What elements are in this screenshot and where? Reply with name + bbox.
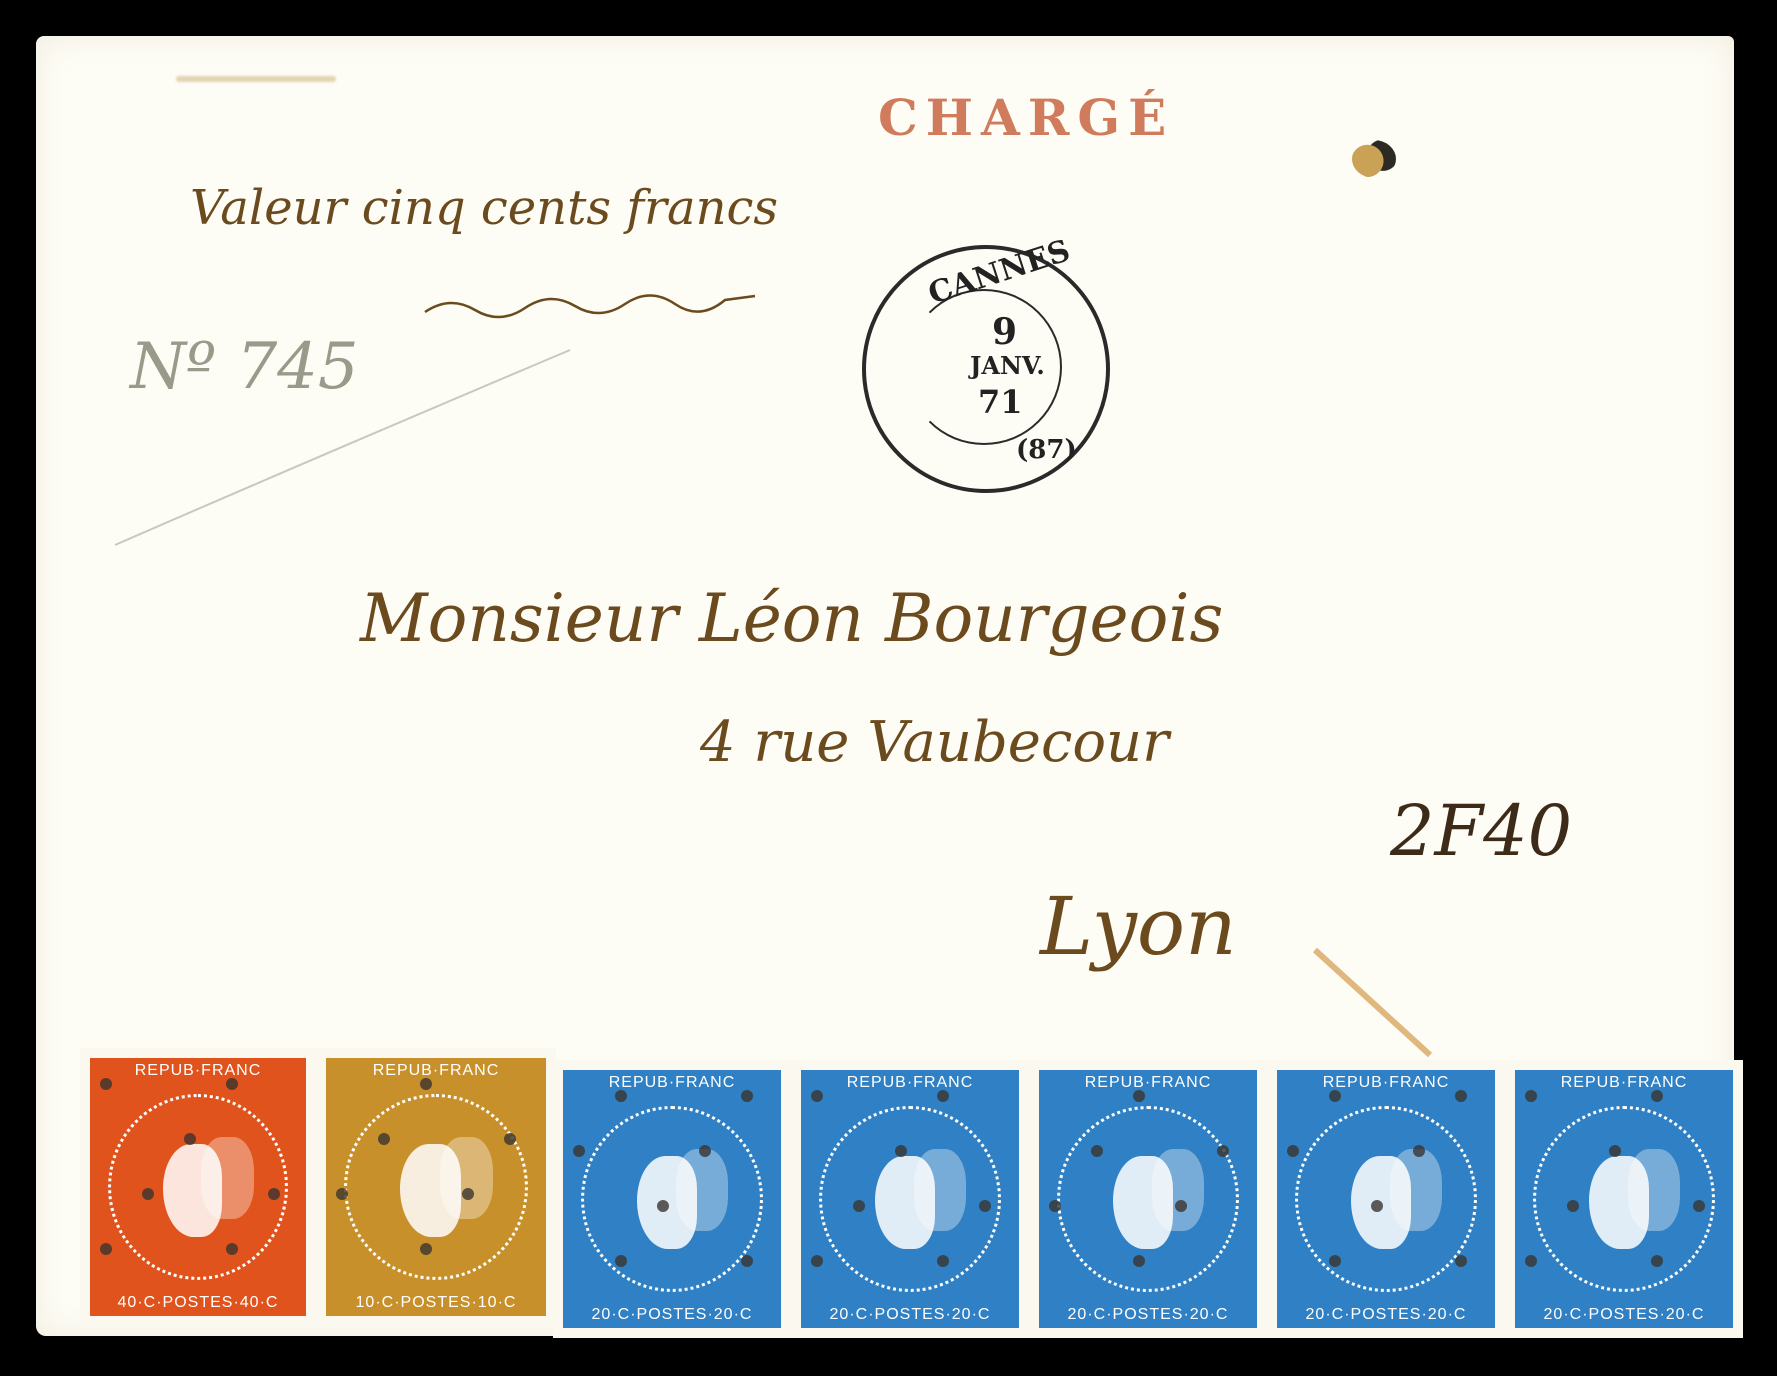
stamp-top-inscription: REPUB·FRANC [348, 1058, 524, 1084]
cancel-dot [1455, 1090, 1467, 1102]
stamp-top-inscription: REPUB·FRANC [585, 1070, 759, 1096]
stamp-design: REPUB·FRANC20·C·POSTES·20·C [563, 1070, 781, 1328]
cancel-dot [336, 1188, 348, 1200]
edge-stain [176, 76, 336, 82]
postmark-year: 71 [978, 383, 1023, 421]
stamp-top-inscription: REPUB·FRANC [1537, 1070, 1711, 1096]
cancel-dot [615, 1255, 627, 1267]
cancel-dot [1175, 1200, 1187, 1212]
pencil-stroke [110, 340, 580, 550]
cancel-dot [462, 1188, 474, 1200]
stamp-20c: REPUB·FRANC20·C·POSTES·20·C [1505, 1060, 1743, 1338]
cancel-dot [1609, 1145, 1621, 1157]
ceres-medallion [108, 1094, 288, 1280]
cancel-dot [937, 1255, 949, 1267]
cancel-dot [1133, 1090, 1145, 1102]
ceres-medallion [1057, 1106, 1239, 1292]
cancel-dot [1651, 1255, 1663, 1267]
stamp-top-inscription: REPUB·FRANC [112, 1058, 284, 1084]
ceres-face [875, 1156, 935, 1250]
cancel-dot [1217, 1145, 1229, 1157]
address-line-2: 4 rue Vaubecour [700, 710, 1169, 775]
cancel-dot [100, 1078, 112, 1090]
stamp-20c: REPUB·FRANC20·C·POSTES·20·C [553, 1060, 791, 1338]
ceres-face [400, 1144, 461, 1238]
underline-flourish [420, 290, 760, 320]
cancel-dot [1413, 1145, 1425, 1157]
cancel-dot [1455, 1255, 1467, 1267]
stamp-bottom-inscription: 20·C·POSTES·20·C [1299, 1302, 1473, 1328]
ceres-medallion [819, 1106, 1001, 1292]
ceres-medallion [344, 1094, 528, 1280]
stamp-40c: REPUB·FRANC40·C·POSTES·40·C [80, 1048, 316, 1326]
cancel-dot [226, 1078, 238, 1090]
stamp-bottom-inscription: 40·C·POSTES·40·C [112, 1290, 284, 1316]
cancel-dot [378, 1133, 390, 1145]
stamp-bottom-inscription: 20·C·POSTES·20·C [1061, 1302, 1235, 1328]
cancel-dot [226, 1243, 238, 1255]
stamp-bottom-inscription: 20·C·POSTES·20·C [1537, 1302, 1711, 1328]
ceres-medallion [1533, 1106, 1715, 1292]
cancel-dot [657, 1200, 669, 1212]
stamp-design: REPUB·FRANC40·C·POSTES·40·C [90, 1058, 306, 1316]
cancel-dot [741, 1255, 753, 1267]
cancel-dot [1651, 1090, 1663, 1102]
cancel-dot [811, 1090, 823, 1102]
cancel-dot [615, 1090, 627, 1102]
stamp-10c: REPUB·FRANC10·C·POSTES·10·C [316, 1048, 556, 1326]
cancel-dot [811, 1255, 823, 1267]
stamp-bottom-inscription: 20·C·POSTES·20·C [823, 1302, 997, 1328]
cancel-dot [895, 1145, 907, 1157]
cancel-dot [100, 1243, 112, 1255]
cancel-dot [504, 1133, 516, 1145]
stamp-design: REPUB·FRANC20·C·POSTES·20·C [1515, 1070, 1733, 1328]
stamp-design: REPUB·FRANC20·C·POSTES·20·C [1277, 1070, 1495, 1328]
cancel-dot [184, 1133, 196, 1145]
cancel-dot [573, 1145, 585, 1157]
ceres-medallion [1295, 1106, 1477, 1292]
stamp-design: REPUB·FRANC10·C·POSTES·10·C [326, 1058, 546, 1316]
stamp-design: REPUB·FRANC20·C·POSTES·20·C [1039, 1070, 1257, 1328]
cancel-dot [268, 1188, 280, 1200]
cancel-dot [142, 1188, 154, 1200]
charge-handstamp: CHARGÉ [878, 88, 1174, 147]
cancel-dot [420, 1243, 432, 1255]
ceres-face [1589, 1156, 1649, 1250]
stamp-20c: REPUB·FRANC20·C·POSTES·20·C [791, 1060, 1029, 1338]
charge-amount: 2F40 [1390, 790, 1572, 872]
stamp-20c: REPUB·FRANC20·C·POSTES·20·C [1029, 1060, 1267, 1338]
cancel-dot [741, 1090, 753, 1102]
cancel-dot [1049, 1200, 1061, 1212]
ceres-face [1113, 1156, 1173, 1250]
ink-blot [1352, 140, 1396, 178]
stamp-bottom-inscription: 10·C·POSTES·10·C [348, 1290, 524, 1316]
postmark-day: 9 [992, 311, 1017, 353]
stamp-top-inscription: REPUB·FRANC [1299, 1070, 1473, 1096]
cancel-dot [1525, 1255, 1537, 1267]
cancel-dot [1567, 1200, 1579, 1212]
stamp-design: REPUB·FRANC20·C·POSTES·20·C [801, 1070, 1019, 1328]
address-line-1: Monsieur Léon Bourgeois [360, 580, 1223, 657]
ceres-medallion [581, 1106, 763, 1292]
cancel-dot [979, 1200, 991, 1212]
cancel-dot [699, 1145, 711, 1157]
cancel-dot [1693, 1200, 1705, 1212]
stamp-20c: REPUB·FRANC20·C·POSTES·20·C [1267, 1060, 1505, 1338]
postmark-dept: (87) [1016, 435, 1077, 465]
stamp-top-inscription: REPUB·FRANC [1061, 1070, 1235, 1096]
cancel-dot [1329, 1090, 1341, 1102]
cancel-dot [1287, 1145, 1299, 1157]
cancel-dot [853, 1200, 865, 1212]
cancel-dot [1091, 1145, 1103, 1157]
cancel-dot [1371, 1200, 1383, 1212]
ceres-face [163, 1144, 222, 1238]
stamp-bottom-inscription: 20·C·POSTES·20·C [585, 1302, 759, 1328]
cancel-dot [937, 1090, 949, 1102]
cancel-dot [1525, 1090, 1537, 1102]
cancel-dot [420, 1078, 432, 1090]
crayon-stroke [1310, 945, 1440, 1065]
value-declaration: Valeur cinq cents francs [190, 180, 778, 236]
cannes-postmark: CANNES 9 JANV. 71 (87) [862, 245, 1110, 493]
stamp-top-inscription: REPUB·FRANC [823, 1070, 997, 1096]
cancel-dot [1329, 1255, 1341, 1267]
address-line-3: Lyon [1040, 880, 1237, 973]
cancel-dot [1133, 1255, 1145, 1267]
postmark-month: JANV. [970, 351, 1045, 380]
